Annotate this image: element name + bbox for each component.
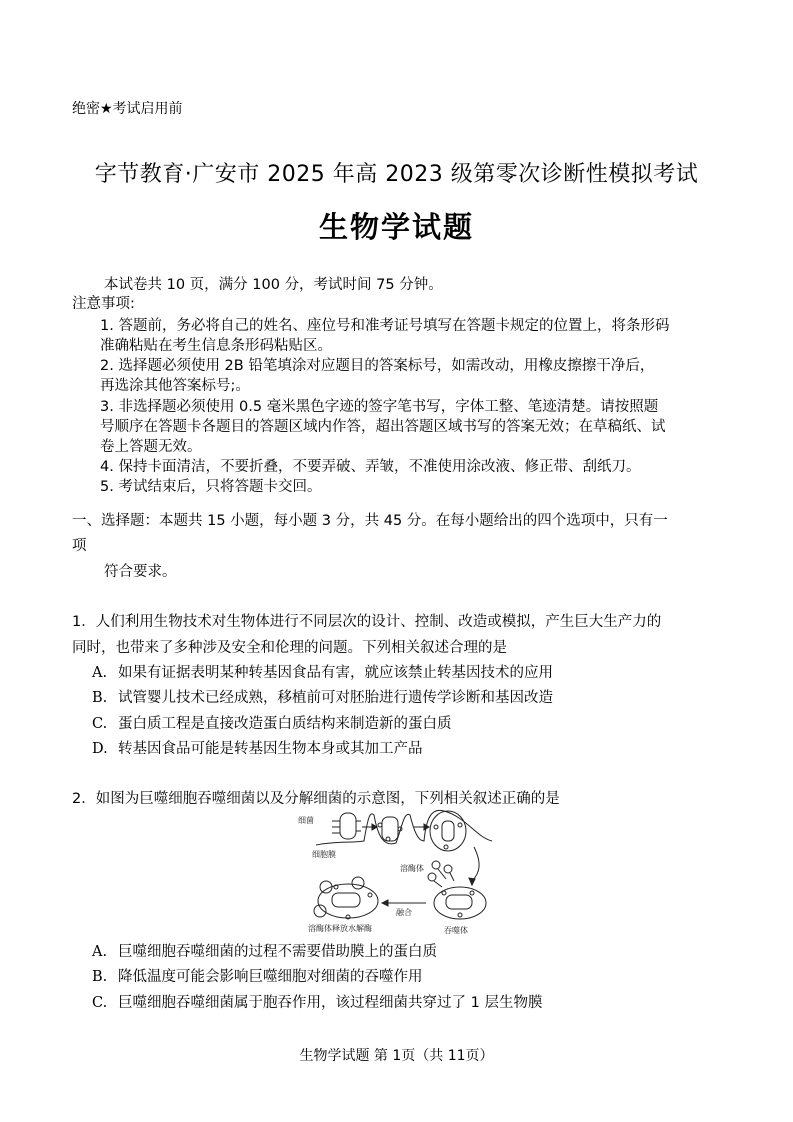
question-1-option-b: B.试管婴儿技术已经成熟，移植前可对胚胎进行遗传学诊断和基因改造 <box>92 686 553 707</box>
note-item-3-cont: 号顺序在答题卡各题目的答题区域内作答，超出答题区域书写的答案无效；在草稿纸、试 <box>100 417 666 437</box>
question-2-option-b: B.降低温度可能会影响巨噬细胞对细菌的吞噬作用 <box>92 965 423 986</box>
label-release-enzymes: 溶酶体释放水解酶 <box>308 923 372 933</box>
option-text: 蛋白质工程是直接改造蛋白质结构来制造新的蛋白质 <box>118 716 452 732</box>
section-heading: 一、选择题：本题共 15 小题，每小题 3 分，共 45 分。在每小题给出的四个… <box>72 509 668 530</box>
note-item-3-cont2: 卷上答题无效。 <box>100 437 202 457</box>
question-1-option-d: D.转基因食品可能是转基因生物本身或其加工产品 <box>92 737 423 758</box>
note-item-2-cont: 再选涂其他答案标号;。 <box>100 376 250 396</box>
subject-title: 生物学试题 <box>0 205 793 246</box>
question-1-stem-cont: 同时，也带来了多种涉及安全和伦理的问题。下列相关叙述合理的是 <box>72 636 507 657</box>
note-item-3: 3. 非选择题必须使用 0.5 毫米黑色字迹的签字笔书写，字体工整、笔迹清楚。请… <box>100 397 658 417</box>
option-letter: B. <box>92 969 118 985</box>
question-1-option-a: A.如果有证据表明某种转基因食品有害，就应该禁止转基因技术的应用 <box>92 661 553 682</box>
exam-intro: 本试卷共 10 页，满分 100 分，考试时间 75 分钟。 <box>104 275 443 295</box>
section-heading-cont2: 符合要求。 <box>104 560 177 581</box>
question-1-stem: 1．人们利用生物技术对生物体进行不同层次的设计、控制、改造或模拟，产生巨大生产力… <box>72 610 661 631</box>
option-text: 巨噬细胞吞噬细菌的过程不需要借助膜上的蛋白质 <box>118 944 437 960</box>
note-item-1-cont: 准确粘贴在考生信息条形码粘贴区。 <box>100 336 332 356</box>
option-text: 如果有证据表明某种转基因食品有害，就应该禁止转基因技术的应用 <box>118 665 553 681</box>
section-heading-cont: 项 <box>72 534 87 555</box>
option-letter: A. <box>92 665 118 681</box>
question-2-option-c: C.巨噬细胞吞噬细菌属于胞吞作用，该过程细菌共穿过了 1 层生物膜 <box>92 991 542 1012</box>
page-footer: 生物学试题 第 1页（共 11页） <box>0 1045 793 1065</box>
option-text: 试管婴儿技术已经成熟，移植前可对胚胎进行遗传学诊断和基因改造 <box>118 690 553 706</box>
phagocytosis-diagram: 细菌 细胞膜 溶酶体 融合 吞噬体 溶酶体释放水解酶 <box>296 807 496 937</box>
confidential-label: 绝密★考试启用前 <box>72 98 183 118</box>
option-letter: D. <box>92 741 118 757</box>
option-text: 降低温度可能会影响巨噬细胞对细菌的吞噬作用 <box>118 969 423 985</box>
note-item-5: 5. 考试结束后，只将答题卡交回。 <box>100 477 321 497</box>
exam-title: 字节教育·广安市 2025 年高 2023 级第零次诊断性模拟考试 <box>0 157 793 188</box>
question-1-option-c: C.蛋白质工程是直接改造蛋白质结构来制造新的蛋白质 <box>92 712 452 733</box>
label-lysosome: 溶酶体 <box>400 863 424 873</box>
option-text: 巨噬细胞吞噬细菌属于胞吞作用，该过程细菌共穿过了 1 层生物膜 <box>118 995 542 1011</box>
option-letter: C. <box>92 716 118 732</box>
note-item-4: 4. 保持卡面清洁，不要折叠，不要弄破、弄皱，不准使用涂改液、修正带、刮纸刀。 <box>100 457 640 477</box>
option-text: 转基因食品可能是转基因生物本身或其加工产品 <box>118 741 423 757</box>
label-phagosome: 吞噬体 <box>444 925 468 935</box>
label-cell-membrane: 细胞膜 <box>312 849 336 859</box>
note-item-2: 2. 选择题必须使用 2B 铅笔填涂对应题目的答案标号，如需改动，用橡皮擦擦干净… <box>100 356 654 376</box>
question-2-option-a: A.巨噬细胞吞噬细菌的过程不需要借助膜上的蛋白质 <box>92 940 437 961</box>
option-letter: B. <box>92 690 118 706</box>
question-2-stem: 2．如图为巨噬细胞吞噬细菌以及分解细菌的示意图，下列相关叙述正确的是 <box>72 787 560 808</box>
note-item-1: 1. 答题前，务必将自己的姓名、座位号和准考证号填写在答题卡规定的位置上，将条形… <box>100 316 669 336</box>
option-letter: C. <box>92 995 118 1011</box>
notes-title: 注意事项: <box>72 294 135 314</box>
option-letter: A. <box>92 944 118 960</box>
label-bacteria: 细菌 <box>298 815 314 825</box>
label-fusion: 融合 <box>396 907 412 917</box>
